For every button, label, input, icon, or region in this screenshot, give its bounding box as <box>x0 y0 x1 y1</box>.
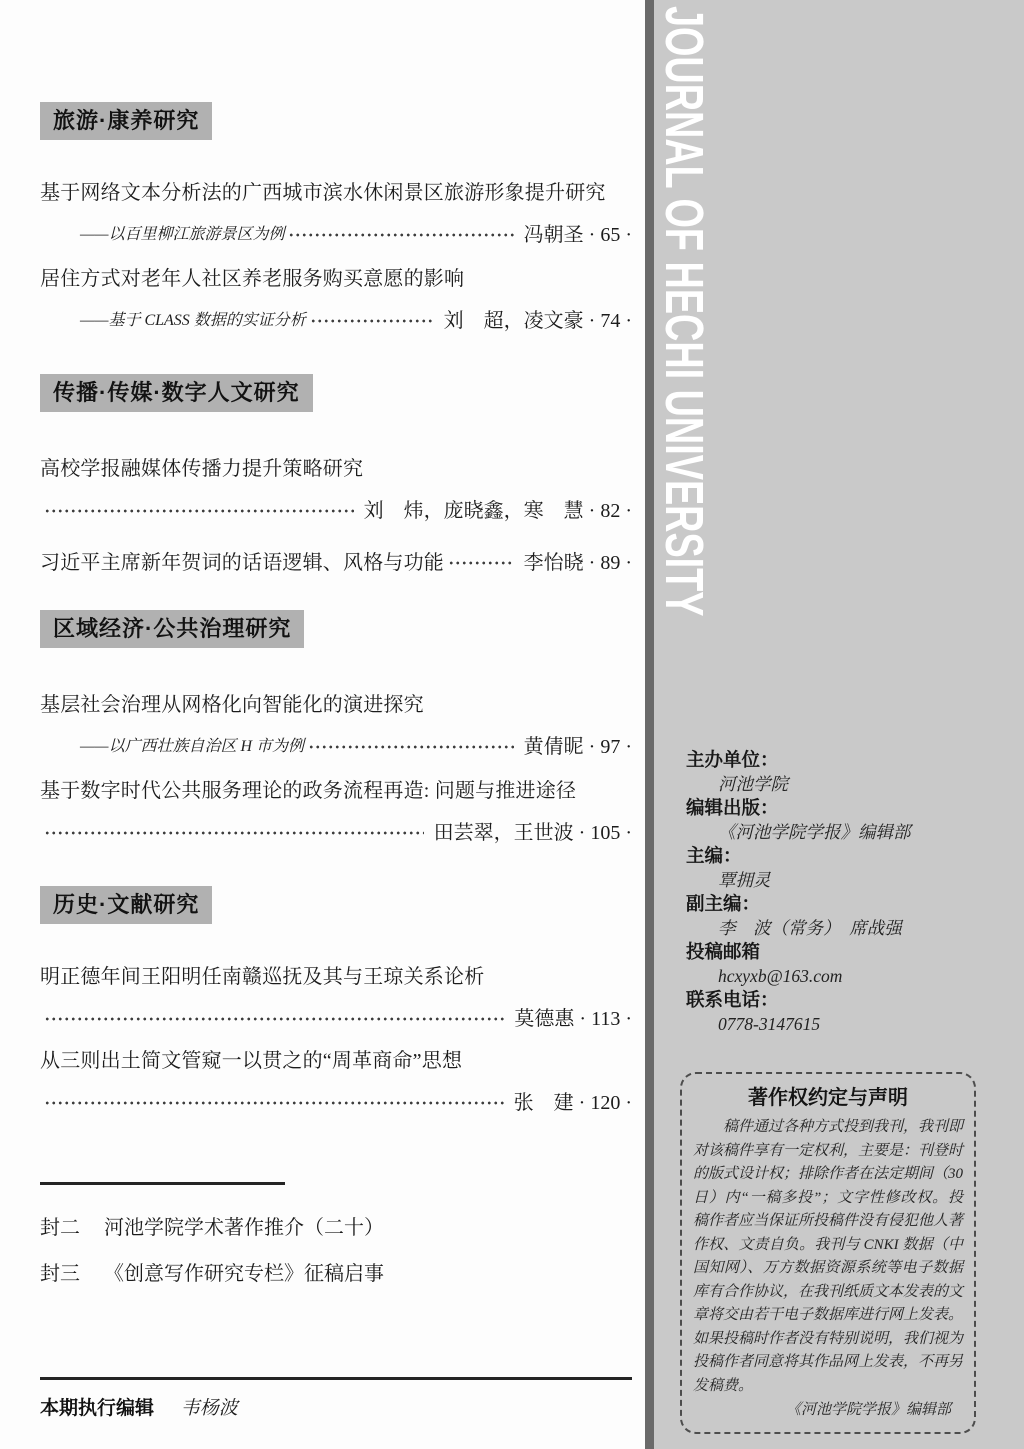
toc-item: 居住方式对老年人社区养老服务购买意愿的影响 ——基于 CLASS 数据的实证分析… <box>40 264 632 336</box>
info-label-email: 投稿邮箱 <box>686 940 986 964</box>
toc-item-title: 居住方式对老年人社区养老服务购买意愿的影响 <box>40 264 632 294</box>
copyright-body: 稿件通过各种方式投到我刊，我刊即对该稿件享有一定权利，主要是：刊登时的版式设计权… <box>693 1116 963 1398</box>
section-tourism-wellness: 旅游·康养研究 <box>40 102 632 140</box>
toc-item-authors: 冯朝圣 · 65 · <box>518 220 632 250</box>
toc-item: 习近平主席新年贺词的话语逻辑、风格与功能 李怡晓 · 89 · <box>40 548 632 578</box>
info-value-sponsor: 河池学院 <box>686 772 986 796</box>
copyright-signature: 《河池学院学报》编辑部 <box>693 1398 963 1422</box>
toc-item-subtitle: ——以百里柳江旅游景区为例 <box>40 220 284 250</box>
toc-column: 旅游·康养研究 基于网络文本分析法的广西城市滨水休闲景区旅游形象提升研究 ——以… <box>40 0 632 1424</box>
section-media-digital-humanities: 传播·传媒·数字人文研究 <box>40 374 632 412</box>
cover-title: 河池学院学术著作推介（二十） <box>104 1213 384 1243</box>
section-header-history-literature: 历史·文献研究 <box>40 886 212 924</box>
info-label-phone: 联系电话： <box>686 988 986 1012</box>
info-label-publisher: 编辑出版： <box>686 796 986 820</box>
toc-item-authors: 刘 超，凌文豪 · 74 · <box>438 306 632 336</box>
toc-item: 基于数字时代公共服务理论的政务流程再造: 问题与推进途径 田芸翠，王世波 · 1… <box>40 776 632 848</box>
dot-leader <box>44 1088 504 1118</box>
section-regional-economy-governance: 区域经济·公共治理研究 <box>40 610 632 648</box>
toc-item-title: 高校学报融媒体传播力提升策略研究 <box>40 454 632 484</box>
toc-item-authors: 刘 炜，庞晓鑫，寒 慧 · 82 · <box>358 496 632 526</box>
toc-item-subtitle: ——以广西壮族自治区 H 市为例 <box>40 732 304 762</box>
cover-label: 封二 <box>40 1213 104 1243</box>
dot-leader <box>308 732 514 762</box>
journal-spine-title: JOURNAL OF HECHI UNIVERSITY <box>654 6 714 616</box>
cover-note-row: 封三 《创意写作研究专栏》征稿启事 <box>40 1259 632 1289</box>
cover-title: 《创意写作研究专栏》征稿启事 <box>104 1259 384 1289</box>
publisher-info: 主办单位： 河池学院 编辑出版： 《河池学院学报》编辑部 主编： 覃拥灵 副主编… <box>686 748 986 1036</box>
info-label-deputy-editor: 副主编： <box>686 892 986 916</box>
toc-item-authors: 李怡晓 · 89 · <box>518 548 632 578</box>
executive-editor-name: 韦杨波 <box>181 1398 238 1419</box>
toc-item-authors: 莫德惠 · 113 · <box>508 1004 632 1034</box>
section-history-literature: 历史·文献研究 <box>40 886 632 924</box>
section-header-tourism-wellness: 旅游·康养研究 <box>40 102 212 140</box>
dot-leader <box>310 306 434 336</box>
cover-label: 封三 <box>40 1259 104 1289</box>
toc-item-authors: 张 建 · 120 · <box>508 1088 632 1118</box>
dot-leader <box>44 818 424 848</box>
copyright-title: 著作权约定与声明 <box>693 1082 963 1114</box>
toc-item-title: 明正德年间王阳明任南赣巡抚及其与王琼关系论析 <box>40 962 632 992</box>
toc-item-title: 基层社会治理从网格化向智能化的演进探究 <box>40 690 632 720</box>
toc-item-title: 基于数字时代公共服务理论的政务流程再造: 问题与推进途径 <box>40 776 632 806</box>
info-value-phone: 0778-3147615 <box>686 1012 986 1036</box>
dot-leader <box>288 220 513 250</box>
toc-item-title: 基于网络文本分析法的广西城市滨水休闲景区旅游形象提升研究 <box>40 178 632 208</box>
executive-editor-line: 本期执行编辑 韦杨波 <box>40 1394 632 1424</box>
toc-item: 基层社会治理从网格化向智能化的演进探究 ——以广西壮族自治区 H 市为例 黄倩昵… <box>40 690 632 762</box>
info-label-chief-editor: 主编： <box>686 844 986 868</box>
toc-item-title: 从三则出土简文管窥一以贯之的“周革商命”思想 <box>40 1046 632 1076</box>
info-label-sponsor: 主办单位： <box>686 748 986 772</box>
toc-item: 基于网络文本分析法的广西城市滨水休闲景区旅游形象提升研究 ——以百里柳江旅游景区… <box>40 178 632 250</box>
executive-editor-label: 本期执行编辑 <box>40 1398 154 1419</box>
toc-item-subtitle: ——基于 CLASS 数据的实证分析 <box>40 306 306 336</box>
dot-leader <box>44 1004 504 1034</box>
copyright-notice-box: 著作权约定与声明 稿件通过各种方式投到我刊，我刊即对该稿件享有一定权利，主要是：… <box>680 1072 976 1434</box>
info-value-chief-editor: 覃拥灵 <box>686 868 986 892</box>
info-value-deputy-editor: 李 波（常务） 席战强 <box>686 916 986 940</box>
toc-item: 明正德年间王阳明任南赣巡抚及其与王琼关系论析 莫德惠 · 113 · <box>40 962 632 1034</box>
dot-leader <box>44 496 354 526</box>
dot-leader <box>448 548 514 578</box>
info-value-publisher: 《河池学院学报》编辑部 <box>686 820 986 844</box>
toc-item: 从三则出土简文管窥一以贯之的“周革商命”思想 张 建 · 120 · <box>40 1046 632 1118</box>
divider-short <box>40 1182 285 1185</box>
divider-full <box>40 1377 632 1380</box>
section-header-regional-economy-governance: 区域经济·公共治理研究 <box>40 610 304 648</box>
toc-item-authors: 田芸翠，王世波 · 105 · <box>428 818 632 848</box>
cover-note-row: 封二 河池学院学术著作推介（二十） <box>40 1213 632 1243</box>
toc-item-authors: 黄倩昵 · 97 · <box>518 732 632 762</box>
info-value-email: hcxyxb@163.com <box>686 964 986 988</box>
journal-toc-page: JOURNAL OF HECHI UNIVERSITY 主办单位： 河池学院 编… <box>0 0 1024 1449</box>
toc-item-title: 习近平主席新年贺词的话语逻辑、风格与功能 <box>40 548 444 578</box>
section-header-media-digital-humanities: 传播·传媒·数字人文研究 <box>40 374 313 412</box>
toc-item: 高校学报融媒体传播力提升策略研究 刘 炜，庞晓鑫，寒 慧 · 82 · <box>40 454 632 526</box>
